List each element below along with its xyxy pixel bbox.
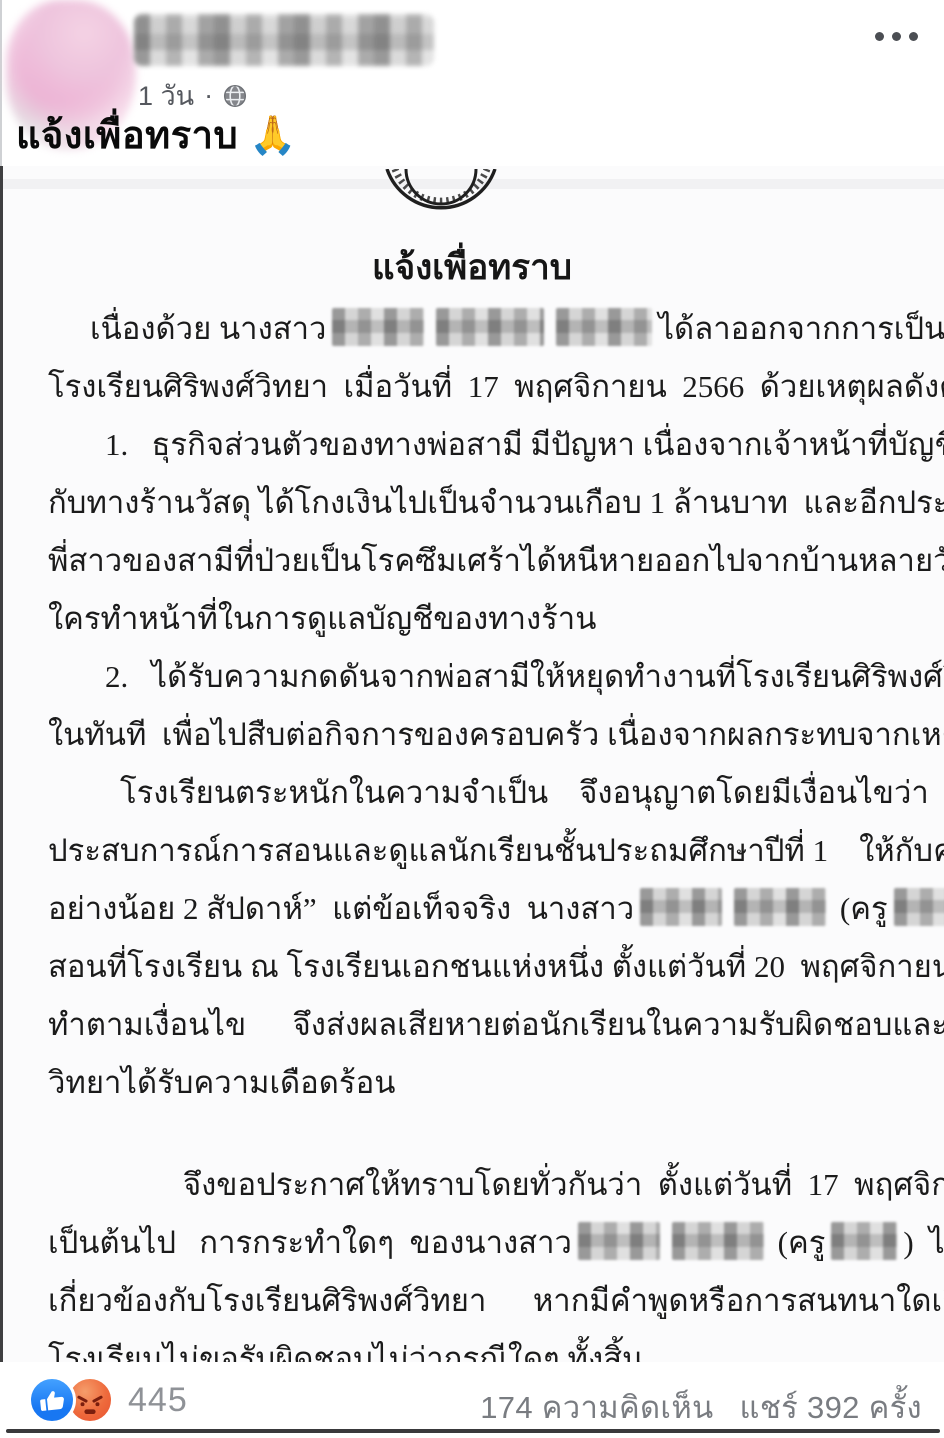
redacted-name-blur: [672, 1222, 764, 1260]
document-line: โรงเรียนศิริพงศ์วิทยา เมื่อวันที่ 17 พฤศ…: [48, 358, 924, 416]
document-text: ประสบการณ์การสอนและดูแลนักเรียนชั้นประถม…: [48, 833, 944, 868]
redacted-name-blur: [578, 1222, 660, 1260]
document-text: (ครู: [832, 891, 887, 926]
document-text: โรงเรียนศิริพงศ์วิทยา เมื่อวันที่ 17 พฤศ…: [48, 369, 944, 404]
more-options-button[interactable]: [875, 32, 918, 41]
document-photo[interactable]: แจ้งเพื่อทราบ เนื่องด้วย นางสาวได้ลาออกจ…: [0, 166, 944, 1363]
document-line: จึงขอประกาศให้ทราบโดยทั่วกันว่า ตั้งแต่ว…: [48, 1156, 924, 1214]
document-line: ใครทำหน้าที่ในการดูแลบัญชีของทางร้าน: [48, 590, 924, 648]
ellipsis-dot: [892, 32, 901, 41]
document-title: แจ้งเพื่อทราบ: [0, 240, 944, 295]
document-text: อย่างน้อย 2 สัปดาห์” แต่ข้อเท็จจริง นางส…: [48, 891, 634, 926]
reaction-count[interactable]: 445: [128, 1381, 188, 1420]
shares-count[interactable]: แชร์ 392 ครั้ง: [740, 1382, 922, 1432]
document-line: วิทยาได้รับความเดือดร้อน: [48, 1054, 924, 1112]
redacted-name-blur: [640, 888, 722, 926]
document-line: เนื่องด้วย นางสาวได้ลาออกจากการเป็นครู: [48, 300, 924, 358]
bottom-divider: [6, 1429, 940, 1433]
like-icon[interactable]: [28, 1376, 76, 1424]
ellipsis-dot: [909, 32, 918, 41]
redacted-name-blur: [332, 308, 424, 346]
document-line: เกี่ยวข้องกับโรงเรียนศิริพงศ์วิทยา หากมี…: [48, 1272, 924, 1330]
document-line: 2. ได้รับความกดดันจากพ่อสามีให้หยุดทำงาน…: [48, 648, 924, 706]
document-lines: เนื่องด้วย นางสาวได้ลาออกจากการเป็นครูโร…: [48, 300, 924, 1388]
document-line: อย่างน้อย 2 สัปดาห์” แต่ข้อเท็จจริง นางส…: [48, 880, 924, 938]
document-text: สอนที่โรงเรียน ณ โรงเรียนเอกชนแห่งหนึ่ง …: [48, 949, 944, 984]
ellipsis-dot: [875, 32, 884, 41]
document-line: ประสบการณ์การสอนและดูแลนักเรียนชั้นประถม…: [48, 822, 924, 880]
redacted-name-blur: [734, 888, 826, 926]
comments-shares: 174 ความคิดเห็น แชร์ 392 ครั้ง: [480, 1382, 922, 1432]
document-text: วิทยาได้รับความเดือดร้อน: [48, 1065, 395, 1100]
document-text: 2. ได้รับความกดดันจากพ่อสามีให้หยุดทำงาน…: [105, 659, 944, 694]
document-line: พี่สาวของสามีที่ป่วยเป็นโรคซึมเศร้าได้หน…: [48, 532, 924, 590]
redacted-name-blur: [894, 888, 944, 926]
document-line: ในทันที เพื่อไปสืบต่อกิจการของครอบครัว เ…: [48, 706, 924, 764]
redacted-name-blur: [436, 308, 544, 346]
document-text: เกี่ยวข้องกับโรงเรียนศิริพงศ์วิทยา หากมี…: [48, 1283, 944, 1318]
document-text: ใครทำหน้าที่ในการดูแลบัญชีของทางร้าน: [48, 601, 596, 636]
document-line: 1. ธุรกิจส่วนตัวของทางพ่อสามี มีปัญหา เน…: [48, 416, 924, 474]
document-text: เนื่องด้วย นางสาว: [90, 311, 326, 346]
redacted-name-blur: [556, 308, 652, 346]
document-photo-edge: [0, 166, 3, 1362]
page-name-blurred[interactable]: [134, 14, 434, 66]
document-text: กับทางร้านวัสดุ ได้โกงเงินไปเป็นจำนวนเกื…: [48, 485, 944, 520]
document-text: โรงเรียนตระหนักในความจำเป็น จึงอนุญาตโดย…: [120, 775, 944, 810]
document-text: ในทันที เพื่อไปสืบต่อกิจการของครอบครัว เ…: [48, 717, 944, 752]
document-text: ได้ลาออกจากการเป็นครู: [658, 311, 944, 346]
document-line: สอนที่โรงเรียน ณ โรงเรียนเอกชนแห่งหนึ่ง …: [48, 938, 924, 996]
post-message: แจ้งเพื่อทราบ 🙏: [16, 104, 297, 165]
school-seal-stamp-icon: [379, 169, 503, 222]
document-line: ทำตามเงื่อนไข จึงส่งผลเสียหายต่อนักเรียน…: [48, 996, 924, 1054]
document-text: 1. ธุรกิจส่วนตัวของทางพ่อสามี มีปัญหา เน…: [105, 427, 944, 462]
redacted-name-blur: [831, 1222, 897, 1260]
document-line: โรงเรียนตระหนักในความจำเป็น จึงอนุญาตโดย…: [48, 764, 924, 822]
document-text: (ครู: [770, 1225, 825, 1260]
document-text: จึงขอประกาศให้ทราบโดยทั่วกันว่า ตั้งแต่ว…: [183, 1167, 944, 1202]
document-line: กับทางร้านวัสดุ ได้โกงเงินไปเป็นจำนวนเกื…: [48, 474, 924, 532]
comments-count[interactable]: 174 ความคิดเห็น: [480, 1382, 713, 1432]
document-text: ทำตามเงื่อนไข จึงส่งผลเสียหายต่อนักเรียน…: [48, 1007, 944, 1042]
document-text: พี่สาวของสามีที่ป่วยเป็นโรคซึมเศร้าได้หน…: [48, 543, 944, 578]
document-text: ) ไม่มีส่วน: [903, 1225, 944, 1260]
document-line: เป็นต้นไป การกระทำใดๆ ของนางสาว (ครู) ไม…: [48, 1214, 924, 1272]
reaction-summary-bar: 445 174 ความคิดเห็น แชร์ 392 ครั้ง: [0, 1362, 944, 1438]
document-text: เป็นต้นไป การกระทำใดๆ ของนางสาว: [48, 1225, 572, 1260]
reactions[interactable]: 445: [28, 1376, 188, 1424]
